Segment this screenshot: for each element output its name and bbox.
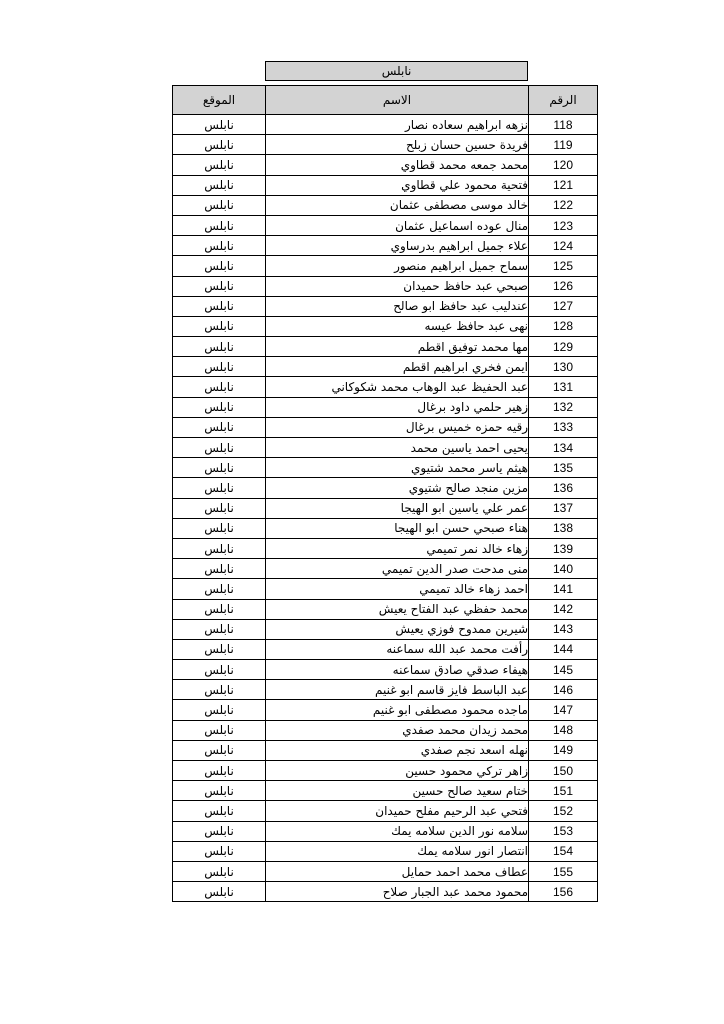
row-name-cell: سلامه نور الدين سلامه يمك [266, 821, 529, 841]
row-number-cell: 127 [529, 296, 598, 316]
table-row: 122 خالد موسى مصطفى عثمان نابلس [173, 195, 598, 215]
row-location-cell: نابلس [173, 296, 266, 316]
row-number-cell: 147 [529, 700, 598, 720]
table-row: 145 هيفاء صدقي صادق سماعنه نابلس [173, 660, 598, 680]
group-header-cell: نابلس [265, 61, 528, 81]
table-row: 137 عمر علي ياسين ابو الهيجا نابلس [173, 498, 598, 518]
row-number-cell: 156 [529, 882, 598, 902]
row-location-cell: نابلس [173, 619, 266, 639]
row-location-cell: نابلس [173, 135, 266, 155]
row-name-cell: ختام سعيد صالح حسين [266, 781, 529, 801]
table-row: 124 علاء جميل ابراهيم بدرساوي نابلس [173, 236, 598, 256]
table-row: 148 محمد زيدان محمد صفدي نابلس [173, 720, 598, 740]
row-number-cell: 129 [529, 337, 598, 357]
row-number-cell: 122 [529, 195, 598, 215]
table-row: 131 عبد الحفيظ عبد الوهاب محمد شكوكاني ن… [173, 377, 598, 397]
row-location-cell: نابلس [173, 579, 266, 599]
row-name-cell: احمد زهاء خالد تميمي [266, 579, 529, 599]
row-name-cell: ايمن فخري ابراهيم اقطم [266, 357, 529, 377]
row-name-cell: يحيى احمد ياسين محمد [266, 438, 529, 458]
table-row: 120 محمد جمعه محمد قطاوي نابلس [173, 155, 598, 175]
table-row: 136 مزين منجد صالح شتيوي نابلس [173, 478, 598, 498]
row-location-cell: نابلس [173, 236, 266, 256]
row-location-cell: نابلس [173, 195, 266, 215]
row-name-cell: عمر علي ياسين ابو الهيجا [266, 498, 529, 518]
row-location-cell: نابلس [173, 801, 266, 821]
row-name-cell: ماجده محمود مصطفى ابو غنيم [266, 700, 529, 720]
row-number-cell: 126 [529, 276, 598, 296]
row-name-cell: هيفاء صدقي صادق سماعنه [266, 660, 529, 680]
row-location-cell: نابلس [173, 821, 266, 841]
row-location-cell: نابلس [173, 861, 266, 881]
row-number-cell: 131 [529, 377, 598, 397]
row-name-cell: شيرين ممدوح فوزي يعيش [266, 619, 529, 639]
row-number-cell: 135 [529, 458, 598, 478]
table-row: 129 مها محمد توفيق اقطم نابلس [173, 337, 598, 357]
column-header-name: الاسم [266, 86, 529, 115]
row-location-cell: نابلس [173, 740, 266, 760]
row-number-cell: 151 [529, 781, 598, 801]
row-location-cell: نابلس [173, 559, 266, 579]
row-number-cell: 123 [529, 215, 598, 235]
row-name-cell: علاء جميل ابراهيم بدرساوي [266, 236, 529, 256]
table-row: 119 فريدة حسين حسان زبلح نابلس [173, 135, 598, 155]
row-location-cell: نابلس [173, 397, 266, 417]
table-row: 121 فتحية محمود علي قطاوي نابلس [173, 175, 598, 195]
row-name-cell: نهى عبد حافظ عيسه [266, 316, 529, 336]
table-row: 143 شيرين ممدوح فوزي يعيش نابلس [173, 619, 598, 639]
row-name-cell: هناء صبحي حسن ابو الهيجا [266, 518, 529, 538]
table-row: 126 صبحي عبد حافظ حميدان نابلس [173, 276, 598, 296]
row-name-cell: فتحية محمود علي قطاوي [266, 175, 529, 195]
row-name-cell: زهاء خالد نمر تميمي [266, 538, 529, 558]
row-location-cell: نابلس [173, 882, 266, 902]
row-location-cell: نابلس [173, 599, 266, 619]
table-row: 146 عبد الباسط فايز قاسم ابو غنيم نابلس [173, 680, 598, 700]
row-name-cell: محمود محمد عبد الجبار صلاح [266, 882, 529, 902]
row-name-cell: عبد الحفيظ عبد الوهاب محمد شكوكاني [266, 377, 529, 397]
row-location-cell: نابلس [173, 438, 266, 458]
row-number-cell: 140 [529, 559, 598, 579]
row-number-cell: 138 [529, 518, 598, 538]
row-location-cell: نابلس [173, 256, 266, 276]
row-location-cell: نابلس [173, 115, 266, 135]
row-location-cell: نابلس [173, 700, 266, 720]
row-name-cell: عبد الباسط فايز قاسم ابو غنيم [266, 680, 529, 700]
row-name-cell: فريدة حسين حسان زبلح [266, 135, 529, 155]
row-number-cell: 134 [529, 438, 598, 458]
column-header-location: الموقع [173, 86, 266, 115]
table-row: 153 سلامه نور الدين سلامه يمك نابلس [173, 821, 598, 841]
table-row: 130 ايمن فخري ابراهيم اقطم نابلس [173, 357, 598, 377]
table-row: 140 منى مدحت صدر الدين تميمي نابلس [173, 559, 598, 579]
row-name-cell: سماح جميل ابراهيم منصور [266, 256, 529, 276]
row-location-cell: نابلس [173, 215, 266, 235]
table-row: 141 احمد زهاء خالد تميمي نابلس [173, 579, 598, 599]
row-name-cell: محمد زيدان محمد صفدي [266, 720, 529, 740]
table-row: 154 انتصار انور سلامه يمك نابلس [173, 841, 598, 861]
table-row: 156 محمود محمد عبد الجبار صلاح نابلس [173, 882, 598, 902]
document-page: نابلس الرقم الاسم الموقع 118 نزهه ابراهي… [0, 0, 724, 1024]
row-name-cell: رأفت محمد عبد الله سماعنه [266, 639, 529, 659]
row-location-cell: نابلس [173, 518, 266, 538]
row-location-cell: نابلس [173, 498, 266, 518]
row-number-cell: 119 [529, 135, 598, 155]
table-row: 155 عطاف محمد احمد حمايل نابلس [173, 861, 598, 881]
row-number-cell: 128 [529, 316, 598, 336]
row-location-cell: نابلس [173, 538, 266, 558]
row-number-cell: 125 [529, 256, 598, 276]
row-number-cell: 142 [529, 599, 598, 619]
row-number-cell: 154 [529, 841, 598, 861]
row-number-cell: 124 [529, 236, 598, 256]
row-location-cell: نابلس [173, 175, 266, 195]
table-row: 149 نهله اسعد نجم صفدي نابلس [173, 740, 598, 760]
row-location-cell: نابلس [173, 316, 266, 336]
table-header-row: الرقم الاسم الموقع [173, 86, 598, 115]
table-row: 139 زهاء خالد نمر تميمي نابلس [173, 538, 598, 558]
row-name-cell: صبحي عبد حافظ حميدان [266, 276, 529, 296]
row-number-cell: 141 [529, 579, 598, 599]
row-number-cell: 153 [529, 821, 598, 841]
row-location-cell: نابلس [173, 276, 266, 296]
row-name-cell: زاهر تركي محمود حسين [266, 761, 529, 781]
row-number-cell: 148 [529, 720, 598, 740]
table-row: 135 هيثم ياسر محمد شتيوي نابلس [173, 458, 598, 478]
row-name-cell: محمد حفظي عبد الفتاح يعيش [266, 599, 529, 619]
row-location-cell: نابلس [173, 761, 266, 781]
table-row: 138 هناء صبحي حسن ابو الهيجا نابلس [173, 518, 598, 538]
row-number-cell: 136 [529, 478, 598, 498]
row-location-cell: نابلس [173, 377, 266, 397]
row-location-cell: نابلس [173, 841, 266, 861]
row-number-cell: 155 [529, 861, 598, 881]
row-name-cell: هيثم ياسر محمد شتيوي [266, 458, 529, 478]
row-number-cell: 137 [529, 498, 598, 518]
row-location-cell: نابلس [173, 680, 266, 700]
table-row: 133 رقيه حمزه خميس برغال نابلس [173, 417, 598, 437]
row-location-cell: نابلس [173, 357, 266, 377]
row-name-cell: محمد جمعه محمد قطاوي [266, 155, 529, 175]
row-number-cell: 149 [529, 740, 598, 760]
row-location-cell: نابلس [173, 660, 266, 680]
row-number-cell: 143 [529, 619, 598, 639]
table-row: 150 زاهر تركي محمود حسين نابلس [173, 761, 598, 781]
row-number-cell: 150 [529, 761, 598, 781]
row-name-cell: خالد موسى مصطفى عثمان [266, 195, 529, 215]
table-row: 151 ختام سعيد صالح حسين نابلس [173, 781, 598, 801]
row-name-cell: عطاف محمد احمد حمايل [266, 861, 529, 881]
row-location-cell: نابلس [173, 639, 266, 659]
table-row: 125 سماح جميل ابراهيم منصور نابلس [173, 256, 598, 276]
row-number-cell: 139 [529, 538, 598, 558]
table-row: 147 ماجده محمود مصطفى ابو غنيم نابلس [173, 700, 598, 720]
row-name-cell: عندليب عبد حافظ ابو صالح [266, 296, 529, 316]
row-number-cell: 121 [529, 175, 598, 195]
row-number-cell: 145 [529, 660, 598, 680]
row-location-cell: نابلس [173, 155, 266, 175]
row-number-cell: 152 [529, 801, 598, 821]
row-number-cell: 118 [529, 115, 598, 135]
row-number-cell: 144 [529, 639, 598, 659]
row-number-cell: 130 [529, 357, 598, 377]
table-row: 144 رأفت محمد عبد الله سماعنه نابلس [173, 639, 598, 659]
row-name-cell: فتحي عبد الرحيم مفلح حميدان [266, 801, 529, 821]
row-number-cell: 120 [529, 155, 598, 175]
row-name-cell: منال عوده اسماعيل عثمان [266, 215, 529, 235]
table-row: 118 نزهه ابراهيم سعاده نصار نابلس [173, 115, 598, 135]
group-header-label: نابلس [382, 64, 412, 78]
names-table: الرقم الاسم الموقع 118 نزهه ابراهيم سعاد… [172, 85, 598, 902]
table-body: 118 نزهه ابراهيم سعاده نصار نابلس 119 فر… [173, 115, 598, 902]
row-number-cell: 133 [529, 417, 598, 437]
row-name-cell: مها محمد توفيق اقطم [266, 337, 529, 357]
row-name-cell: مزين منجد صالح شتيوي [266, 478, 529, 498]
table-row: 127 عندليب عبد حافظ ابو صالح نابلس [173, 296, 598, 316]
row-name-cell: انتصار انور سلامه يمك [266, 841, 529, 861]
row-name-cell: منى مدحت صدر الدين تميمي [266, 559, 529, 579]
row-location-cell: نابلس [173, 458, 266, 478]
row-name-cell: نهله اسعد نجم صفدي [266, 740, 529, 760]
table-row: 132 زهير حلمي داود برغال نابلس [173, 397, 598, 417]
column-header-number: الرقم [529, 86, 598, 115]
table-row: 128 نهى عبد حافظ عيسه نابلس [173, 316, 598, 336]
row-name-cell: نزهه ابراهيم سعاده نصار [266, 115, 529, 135]
table-row: 142 محمد حفظي عبد الفتاح يعيش نابلس [173, 599, 598, 619]
row-name-cell: رقيه حمزه خميس برغال [266, 417, 529, 437]
row-name-cell: زهير حلمي داود برغال [266, 397, 529, 417]
table-row: 123 منال عوده اسماعيل عثمان نابلس [173, 215, 598, 235]
row-location-cell: نابلس [173, 337, 266, 357]
table-row: 152 فتحي عبد الرحيم مفلح حميدان نابلس [173, 801, 598, 821]
row-number-cell: 146 [529, 680, 598, 700]
row-location-cell: نابلس [173, 781, 266, 801]
row-number-cell: 132 [529, 397, 598, 417]
row-location-cell: نابلس [173, 720, 266, 740]
row-location-cell: نابلس [173, 478, 266, 498]
row-location-cell: نابلس [173, 417, 266, 437]
table-row: 134 يحيى احمد ياسين محمد نابلس [173, 438, 598, 458]
